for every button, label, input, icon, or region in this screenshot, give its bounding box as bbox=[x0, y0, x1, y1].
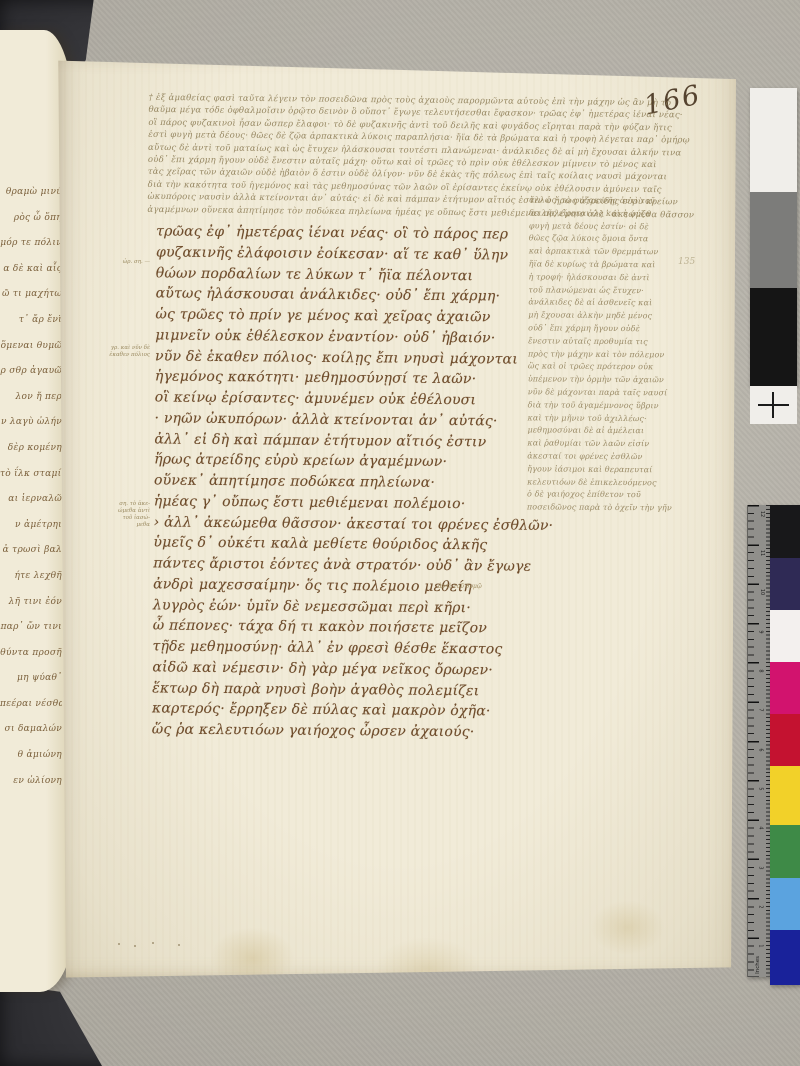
ruler-number: 3 bbox=[758, 866, 764, 869]
scholia-line: ποσειδῶνος παρὰ τὸ ὀχεῖν τὴν γῆν bbox=[527, 502, 702, 516]
facing-fragment: μη ψύαθ᾽ bbox=[0, 666, 62, 692]
main-text-line: ὡς τρῶες τὸ πρίν γε μένος καὶ χεῖρας ἀχα… bbox=[155, 304, 515, 328]
main-text-line: αἰδῶ καὶ νέμεσιν· δὴ γὰρ μέγα νεῖκος ὄρω… bbox=[152, 657, 512, 681]
main-text-line: οἳ κείνῳ ἐρίσαντες· ἀμυνέμεν οὐκ ἐθέλουσ… bbox=[155, 387, 515, 411]
facing-page-text-fragments: θραμὼ μινύ ρὸς ὦ ὅπη μόρ τε πόλιν α δὲ κ… bbox=[0, 180, 62, 794]
ink-speck bbox=[152, 942, 154, 944]
facing-fragment: τὸ ΐλκ σταμίνη bbox=[0, 462, 62, 488]
registration-cross bbox=[750, 386, 797, 424]
scholia-line: πρὸς τὴν μάχην καὶ τὸν πόλεμον bbox=[528, 348, 703, 362]
color-patch-black bbox=[770, 505, 800, 558]
scholia-line: καὶ ῥαθυμίαι τῶν λαῶν εἰσίν bbox=[527, 438, 702, 452]
scholia-line: φυγὴ μετὰ δέους ἐστίν· οἱ δὲ bbox=[529, 220, 704, 234]
scholia-line: κελευτιόων δὲ ἐπικελευόμενος bbox=[527, 476, 702, 490]
scholia-line: ἄλλως· τὸ φυζακινῆς ἀντὶ τοῦ bbox=[529, 194, 704, 208]
facing-fragment: πεέραι νέσθαι bbox=[0, 692, 62, 718]
scholia-line: τοῦ πλανώμεναι ὡς ἔτυχεν· bbox=[528, 284, 703, 298]
facing-fragment: λῆ τινι ἐόν bbox=[0, 590, 62, 616]
manuscript-page: 166 † ἐξ ἀμαθείας φασὶ ταῦτα λέγειν τὸν … bbox=[50, 55, 745, 985]
photo-backdrop: θραμὼ μινύ ρὸς ὦ ὅπη μόρ τε πόλιν α δὲ κ… bbox=[0, 0, 800, 1066]
scholia-line: ἀκεσταί τοι φρένες ἐσθλῶν bbox=[527, 450, 702, 464]
facing-fragment: λον ἤ περ bbox=[0, 385, 62, 411]
facing-fragment: θραμὼ μινύ bbox=[0, 180, 62, 206]
ruler-number: 1 bbox=[758, 944, 764, 947]
facing-fragment: μόρ τε πόλιν bbox=[0, 231, 62, 257]
ruler-number: 5 bbox=[758, 787, 764, 790]
pencil-mark: 135 bbox=[678, 257, 695, 267]
parchment-stain bbox=[210, 927, 295, 989]
ink-speck bbox=[118, 943, 120, 945]
facing-fragment: ήτε λεχθῆ bbox=[0, 564, 62, 590]
main-text-line: οὕνεκ᾽ ἀπητίμησε ποδώκεα πηλείωνα· bbox=[154, 470, 514, 494]
facing-fragment: θ ἀμιώνη bbox=[0, 743, 62, 769]
scholia-line: μεθημοσύναι δὲ αἱ ἀμέλειαι bbox=[527, 425, 702, 439]
grayscale-patch-black bbox=[750, 288, 797, 386]
facing-fragment: εν ὠλίονη bbox=[0, 769, 62, 795]
facing-fragment: αι ἱερναλῶ bbox=[0, 487, 62, 513]
parchment-stain bbox=[590, 900, 665, 955]
grayscale-patch-white bbox=[750, 88, 797, 192]
main-text-line: ἡμέας γ᾽ οὔπως ἔστι μεθιέμεναι πολέμοιο· bbox=[154, 491, 514, 515]
scholia-line: ἔνεστιν αὐταῖς προθυμία τις bbox=[528, 335, 703, 349]
facing-fragment: θύντα προσῆ bbox=[0, 641, 62, 667]
facing-fragment: ῶ τι μαχήτω bbox=[0, 282, 62, 308]
margin-note-line: ώμεθα ἀντὶ bbox=[86, 508, 150, 515]
cross-vertical bbox=[772, 392, 774, 418]
color-patch-navy bbox=[770, 558, 800, 610]
facing-fragment: ὅμεναι θυμῶ bbox=[0, 334, 62, 360]
ink-speck bbox=[178, 944, 180, 946]
color-patch-lightblue bbox=[770, 878, 800, 930]
ruler-number: 9 bbox=[758, 630, 764, 633]
scholia-line: καὶ τὴν μῆνιν τοῦ ἀχιλλέως· bbox=[528, 412, 703, 426]
main-text-line: · νηῶν ὠκυπόρων· ἀλλὰ κτείνονται ἀν᾽ αὐτ… bbox=[154, 408, 514, 432]
scholia-line: ὑπέμενον τὴν ὁρμὴν τῶν ἀχαιῶν bbox=[528, 374, 703, 388]
scholia-line: ἤγουν ἰάσιμοι καὶ θεραπευταί bbox=[527, 463, 702, 477]
color-patch-yellow bbox=[770, 766, 800, 825]
right-scholia-block: ἄλλως· τὸ φυζακινῆς ἀντὶ τοῦ δειλῆς εἴρη… bbox=[527, 194, 704, 515]
ruler-number: 10 bbox=[759, 589, 765, 595]
scholia-line: θῶες ζῷα λύκοις ὅμοια ὄντα bbox=[529, 233, 704, 247]
scholia-line: μὴ ἔχουσαι ἀλκὴν μηδὲ μένος bbox=[528, 310, 703, 324]
scholia-line: νῦν δὲ μάχονται παρὰ ταῖς ναυσί bbox=[528, 386, 703, 400]
facing-fragment: παρ᾽ ὤν τινι bbox=[0, 615, 62, 641]
color-patch-magenta bbox=[770, 662, 800, 714]
facing-fragment: ν ἀμέτρηι bbox=[0, 513, 62, 539]
facing-fragment: ρὸς ὦ ὅπη bbox=[0, 206, 62, 232]
main-text-line: τρῶας ἐφ᾽ ἡμετέρας ἰέναι νέας· οἳ τὸ πάρ… bbox=[156, 221, 516, 245]
main-text-block: τρῶας ἐφ᾽ ἡμετέρας ἰέναι νέας· οἳ τὸ πάρ… bbox=[152, 221, 517, 743]
main-text-line: πάντες ἄριστοι ἐόντες ἀνὰ στρατόν· οὐδ᾽ … bbox=[153, 553, 513, 577]
facing-fragment: ρ σθρ ἀγαυῶ bbox=[0, 359, 62, 385]
color-patch-white bbox=[770, 610, 800, 662]
margin-note-line: μεθα bbox=[86, 522, 150, 529]
facing-fragment: τ᾽ ἄρ ἔνϊ bbox=[0, 308, 62, 334]
margin-note-line: ση. τὸ ἀκε- bbox=[86, 501, 150, 508]
ruler-number: 8 bbox=[758, 669, 764, 672]
color-patch-green bbox=[770, 825, 800, 878]
scholia-line: δειλῆς εἴρηται ὡς καὶ ἡ φύζα bbox=[529, 207, 704, 221]
scholia-line: ἡ τροφή· ἠλάσκουσαι δὲ ἀντὶ bbox=[528, 271, 703, 285]
facing-fragment: σι δαμαλών bbox=[0, 717, 62, 743]
scholia-line: διὰ τὴν τοῦ ἀγαμέμνονος ὕβριν bbox=[528, 399, 703, 413]
main-text-line: τῇδε μεθημοσύνῃ· ἀλλ᾽ ἐν φρεσὶ θέσθε ἕκα… bbox=[152, 636, 512, 660]
main-text-line: φυζακινῆς ἐλάφοισιν ἐοίκεσαν· αἵ τε καθ᾽… bbox=[156, 242, 516, 266]
grayscale-patch-gray bbox=[750, 192, 797, 288]
ink-speck bbox=[134, 945, 136, 947]
ruler: 12 11 10 9 8 7 6 5 4 3 2 1 Inches bbox=[747, 505, 770, 977]
interlinear-gloss: ἀντὶ τοῦ θυμῷ bbox=[438, 583, 548, 590]
margin-note-line: τοῦ ἰασώ- bbox=[86, 515, 150, 522]
margin-note: ὡρ. ση. — bbox=[80, 259, 150, 266]
ruler-number: 2 bbox=[758, 905, 764, 908]
facing-fragment: ἀ τρωσὶ βαλ bbox=[0, 538, 62, 564]
scholia-line: ἀνάλκιδες δὲ αἱ ἀσθενεῖς καὶ bbox=[528, 297, 703, 311]
color-patch-darkblue bbox=[770, 930, 800, 985]
facing-fragment: α δὲ καὶ αἶς bbox=[0, 257, 62, 283]
parchment-stain bbox=[375, 937, 480, 999]
color-patch-red bbox=[770, 714, 800, 766]
facing-fragment: ν λαγὺ ὠλήν bbox=[0, 410, 62, 436]
main-text-line: ὥς ῥα κελευτιόων γαιήοχος ὦρσεν ἀχαιούς· bbox=[152, 719, 512, 743]
ruler-label: Inches bbox=[755, 956, 761, 974]
grayscale-bar bbox=[750, 88, 797, 386]
margin-note-line: ἑκαθεν πόλιος bbox=[78, 352, 150, 359]
ruler-number: 7 bbox=[758, 708, 764, 711]
ruler-number: 12 bbox=[759, 511, 765, 517]
color-calibration-bar bbox=[770, 505, 800, 985]
facing-fragment: δὲρ κομένη bbox=[0, 436, 62, 462]
scholia-line: ὣς καὶ οἱ τρῶες πρότερον οὐκ bbox=[528, 361, 703, 375]
margin-note: ση. τὸ ἀκε- ώμεθα ἀντὶ τοῦ ἰασώ- μεθα bbox=[86, 501, 150, 529]
ruler-number: 11 bbox=[759, 550, 765, 556]
margin-note-line: γρ. καὶ νῦν δὲ bbox=[78, 345, 150, 352]
scholia-line: οὐδ᾽ ἔπι χάρμη ἤγουν οὐδὲ bbox=[528, 322, 703, 336]
main-text-line: μιμνεῖν οὐκ ἐθέλεσκον ἐναντίον· οὐδ᾽ ἠβα… bbox=[155, 325, 515, 349]
scholia-line: ὁ δὲ γαιήοχος ἐπίθετον τοῦ bbox=[527, 489, 702, 503]
margin-note: γρ. καὶ νῦν δὲ ἑκαθεν πόλιος bbox=[78, 345, 150, 359]
ruler-number: 6 bbox=[758, 748, 764, 751]
ruler-number: 4 bbox=[758, 826, 764, 829]
